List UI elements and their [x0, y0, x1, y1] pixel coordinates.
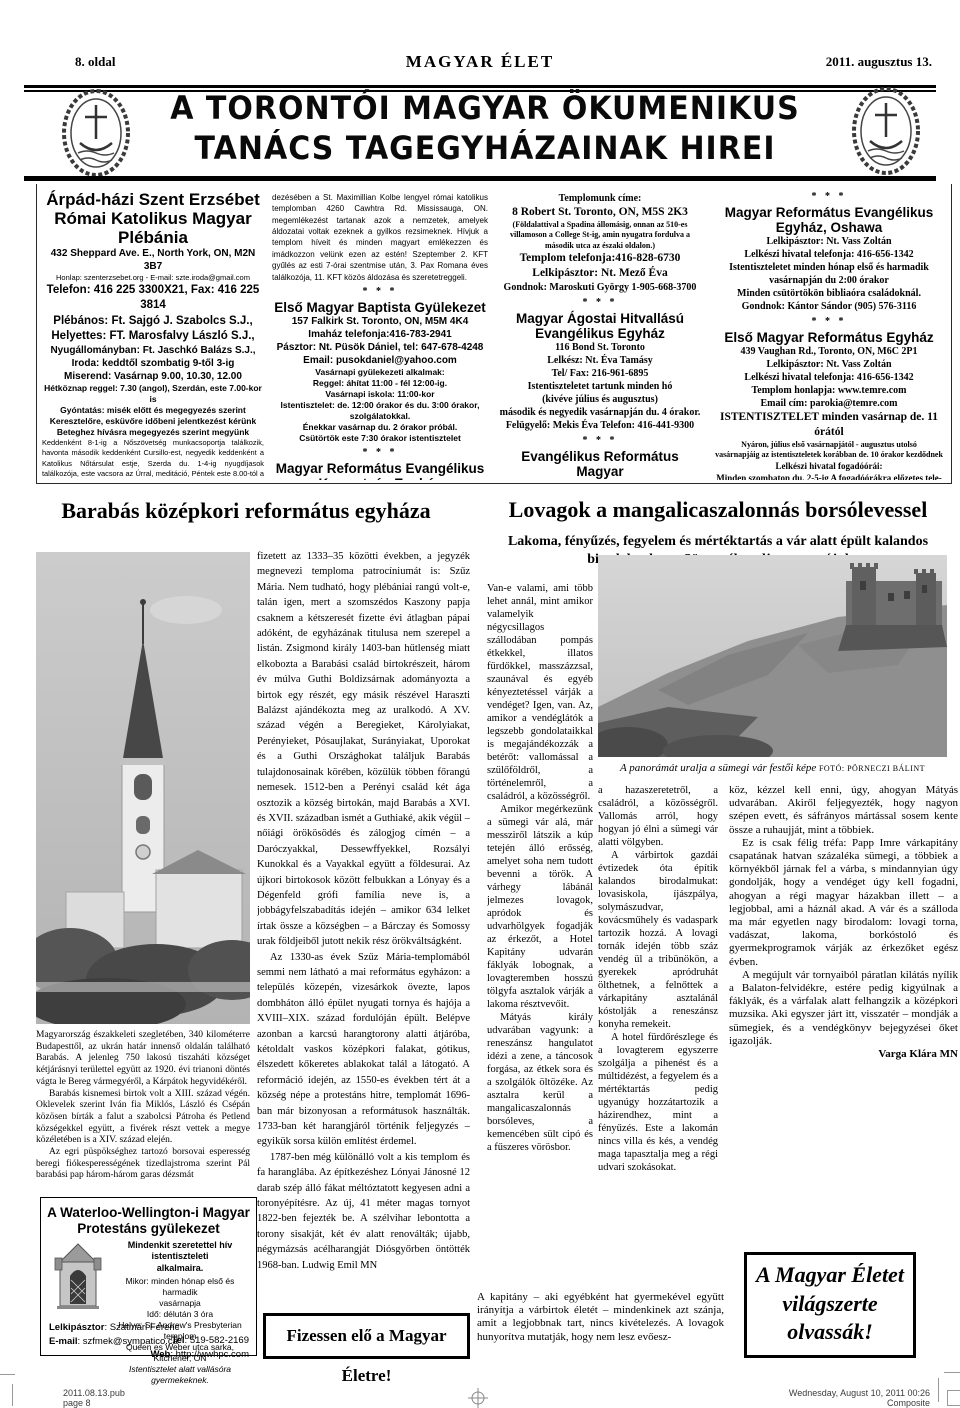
text-line: Evangélikus Református Magyar	[496, 449, 704, 479]
crop-mark	[0, 1374, 15, 1375]
article-right-bottom-text: A kapitány – aki egyébként hat gyermekév…	[477, 1291, 724, 1359]
text-line: Istentisztelet alatt vallásóra gyermekek…	[109, 1364, 251, 1386]
text-line: Vasárnapi gyülekezeti alkalmak:	[272, 367, 488, 378]
text-line: Első Magyar Református Egyház	[710, 330, 948, 345]
text-line: A kapitány – aki egyébként hat gyermekév…	[477, 1291, 724, 1344]
text-line: Helyettes: FT. Marosfalvy László S.J.,	[42, 329, 264, 344]
text-line: 439 Vaughan Rd., Toronto, ON, M6C 2P1	[710, 345, 948, 358]
crop-mark	[12, 1384, 13, 1406]
text-line: Gondnok: Maroskuti György 1-905-668-3700	[496, 281, 704, 294]
text-line: Plébános: Ft. Sajgó J. Szabolcs S.J.,	[42, 314, 264, 329]
text-line: Nyugállományban: Ft. Jaschkó Balázs S.J.…	[42, 344, 264, 357]
text-line: Imaház telefonja:416-783-2941	[272, 328, 488, 341]
church-col-catholic: Árpád-házi Szent ErzsébetRómai Katolikus…	[42, 190, 264, 480]
text-line: (Földalattival a Spadina állomásig, onna…	[496, 220, 704, 231]
text-line: (kivéve július és augusztus)	[496, 393, 704, 406]
text-line: * * *	[496, 294, 704, 311]
text-line: Keddenként 8-1-ig a Nőszövetség munkacso…	[42, 438, 264, 480]
waterloo-congregation-box: A Waterloo-Wellington-i Magyar Protestán…	[40, 1197, 257, 1356]
waterloo-heading-line2: Protestáns gyülekezet	[41, 1221, 256, 1237]
text-line: Lelkipásztor: Nt. Vass Zoltán	[710, 358, 948, 371]
text-line: Az 1330-as évek Szűz Mária-templomából s…	[257, 950, 470, 1150]
text-line: Első Magyar Baptista Gyülekezet	[272, 300, 488, 315]
text-line: dezésében a St. Maximillian Kolbe lengye…	[272, 192, 488, 283]
masthead: MAGYAR ÉLET	[0, 53, 960, 70]
text-line: Mikor: minden hónap első és harmadik	[109, 1276, 251, 1298]
church-col-lutheran: Templomunk címe:8 Robert St. Toronto, ON…	[496, 192, 704, 480]
worldwide-box: A Magyar Életet világszerte olvassák!	[744, 1252, 916, 1358]
crop-mark	[944, 1372, 960, 1373]
web-label: Web	[150, 1349, 170, 1360]
web-value: : http://wwhpc.com	[170, 1349, 249, 1360]
text-line: Keresztelőre, esküvőre időbeni jelentkez…	[42, 416, 264, 427]
crop-mark	[938, 1378, 939, 1402]
text-line: Lelkészi hivatal telefonja: 416-656-1342	[710, 248, 948, 261]
text-line: 116 Bond St. Toronto	[496, 341, 704, 354]
church-tower-photo	[36, 552, 250, 1024]
newspaper-page: { "header": { "page_label": "8. oldal", …	[0, 0, 960, 1408]
text-line: Lelkész: Nt. Éva Tamásy	[496, 354, 704, 367]
text-line: Csütörtök este 7:30 órakor istentisztele…	[272, 433, 488, 444]
worldwide-line1: A Magyar Életet	[747, 1261, 913, 1290]
text-line: Magyar Ágostai Hitvallású	[496, 311, 704, 326]
article-left-text-column: fizetett az 1333–35 közötti években, a j…	[257, 549, 470, 1305]
text-line: Felügyelő: Mekis Éva Telefon: 416-441-93…	[496, 419, 704, 432]
worldwide-line3: olvassák!	[747, 1318, 913, 1347]
text-line: Magyarország északkeleti szegletében, 34…	[36, 1030, 250, 1089]
article-right-col-c: köz, kézzel kell enni, úgy, ahogyan Máty…	[729, 784, 958, 1248]
issue-date: 2011. augusztus 13.	[826, 55, 932, 68]
text-line: Egyesült Egyház	[496, 479, 704, 480]
article-left-underphoto-text: Magyarország északkeleti szegletében, 34…	[36, 1030, 250, 1193]
text-line: Az egri püspökséghez tartozó borsovai es…	[36, 1147, 250, 1182]
text-line: Pásztor: Nt. Püsök Dániel, tel: 647-678-…	[272, 341, 488, 354]
text-line: 432 Sheppard Ave. E., North York, ON, M2…	[42, 247, 264, 273]
text-line: ISTENTISZTELET minden vasárnap de. 11 ór…	[710, 410, 948, 439]
text-line: Beteghez hívásra megegyezés szerint megy…	[42, 427, 264, 438]
text-line: Miserend: Vasárnap 9.00, 10.30, 12.00	[42, 370, 264, 383]
text-line: 157 Falkirk St. Toronto, ON, M5M 4K4	[272, 315, 488, 328]
banner-bottom-rule	[24, 176, 936, 181]
text-line: Lelkészi hivatal fogadóórái:	[710, 461, 948, 473]
text-line: A hotel fürdőrészlege és a lovagterem eg…	[598, 1031, 718, 1174]
text-line: Keresztyén Egyház	[272, 476, 488, 480]
text-line: Templom honlapja: www.temre.com	[710, 384, 948, 397]
text-line: 1787-ben még különálló volt a kis templo…	[257, 1150, 470, 1273]
chapel-icon	[49, 1240, 107, 1310]
church-col-baptist: dezésében a St. Maximillian Kolbe lengye…	[272, 192, 488, 480]
text-line: Gyóntatás: misék előtt és megegyezés sze…	[42, 405, 264, 416]
text-line: Minden csütörtökön bibliaóra családoknál…	[710, 287, 948, 300]
text-line: Magyar Református Evangélikus	[272, 461, 488, 476]
text-line: Varga Klára MN	[729, 1048, 958, 1061]
oikoumene-seal-icon	[60, 87, 132, 179]
text-line: Nyáron, július első vasárnapjától - augu…	[710, 440, 948, 451]
waterloo-heading-line1: A Waterloo-Wellington-i Magyar	[41, 1205, 256, 1221]
church-col-reformed: * * *Magyar Református EvangélikusEgyház…	[710, 188, 948, 480]
caption-credit: FOTÓ: PÖRNECZI BÁLINT	[819, 764, 925, 773]
text-line: Ez is csak félig tréfa: Papp Imre várkap…	[729, 837, 958, 969]
text-line: Tel/ Fax: 216-961-6895	[496, 367, 704, 380]
text-line: Lelkipásztor: Nt. Vass Zoltán	[710, 235, 948, 248]
footer-page-ref: page 8	[63, 1398, 91, 1408]
text-line: Istentiszteletet minden hónap első és ha…	[710, 261, 948, 274]
text-line: második és negyedik vasárnapján du. 4 ór…	[496, 406, 704, 419]
text-line: vasárnapján du 2:00 órakor	[710, 274, 948, 287]
ecumenical-banner: A TORONTÓI MAGYAR ÖKUMENIKUS TANÁCS TAGE…	[24, 93, 936, 175]
text-line: A megújult vár tornyaiból páratlan kilát…	[729, 969, 958, 1048]
text-line: Amikor megérkezünk a sümegi vár alá, már…	[487, 803, 593, 1011]
text-line: * * *	[710, 188, 948, 205]
text-line: * * *	[272, 444, 488, 461]
footer-mode: Composite	[887, 1398, 930, 1408]
oikoumene-seal-icon	[850, 85, 922, 177]
text-line: Minden szombaton du. 2-5-ig A fogadóórák…	[710, 473, 948, 480]
text-line: Magyar Református Evangélikus	[710, 205, 948, 220]
worldwide-line2: világszerte	[747, 1290, 913, 1319]
text-line: második utca az északi oldalon.)	[496, 241, 704, 252]
text-line: A várbirtok gazdái évtizedek óta építik …	[598, 849, 718, 1031]
text-line: Istentiszteletet tartunk minden hó	[496, 380, 704, 393]
text-line: Barabás kisnemesi birtok volt a XIII. sz…	[36, 1089, 250, 1148]
text-line: fizetett az 1333–35 közötti években, a j…	[257, 549, 470, 950]
text-line: Email cím: parokia@temre.com	[710, 397, 948, 410]
pastor-value: : Szatmári Ferenc	[104, 1322, 179, 1333]
banner-title-line2: TANÁCS TAGEGYHÁZAINAK HIREI	[134, 130, 836, 168]
pastor-label: Lelkipásztor	[49, 1322, 104, 1333]
banner-title-line1: A TORONTÓI MAGYAR ÖKUMENIKUS	[134, 90, 836, 128]
text-line: Gondnok: Kántor Sándor (905) 576-3116	[710, 300, 948, 313]
waterloo-contact-row2: E-mail: szfmek@sympatico.ca Web: http://…	[49, 1336, 249, 1362]
waterloo-invite-line1: Mindenkit szeretettel hív istentisztelet…	[109, 1240, 251, 1263]
crop-mark	[947, 1390, 960, 1406]
text-line: Van-e valami, ami több lehet annál, mint…	[487, 582, 593, 803]
text-line: * * *	[496, 432, 704, 449]
text-line: Lelkipásztor: Nt. Mező Éva	[496, 266, 704, 281]
text-line: Telefon: 416 225 3300X21, Fax: 416 225 3…	[42, 283, 264, 313]
text-line: Honlap: szenterzsebet.org - E-mail: szte…	[42, 273, 264, 283]
text-line: * * *	[272, 283, 488, 300]
email-value: : szfmek@sympatico.ca	[78, 1336, 178, 1347]
text-line: villamoson a College St-ig, amin nyugatr…	[496, 230, 704, 241]
text-line: * * *	[710, 313, 948, 330]
text-line: Római Katolikus Magyar Plébánia	[42, 209, 264, 247]
text-line: Árpád-házi Szent Erzsébet	[42, 190, 264, 209]
text-line: köz, kézzel kell enni, úgy, ahogyan Máty…	[729, 784, 958, 837]
text-line: a hazaszeretetről, a családról, a közöss…	[598, 784, 718, 849]
text-line: vasárnapja	[109, 1298, 251, 1309]
text-line: Templomunk címe:	[496, 192, 704, 205]
text-line: Egyház, Oshawa	[710, 220, 948, 235]
article-right-headline: Lovagok a mangalicaszalonnás borsólevess…	[477, 497, 959, 523]
registration-mark-icon	[468, 1388, 488, 1408]
waterloo-invite: Mindenkit szeretettel hív istentisztelet…	[109, 1240, 251, 1386]
article-right-col-a: Van-e valami, ami több lehet annál, mint…	[487, 582, 593, 1288]
waterloo-invite-line2: alkalmaira.	[109, 1263, 251, 1274]
text-line: vasárnapjáig az istentiszteletek korábba…	[710, 450, 948, 461]
article-left-headline: Barabás középkori református egyháza	[28, 498, 464, 524]
text-line: Reggel: áhítat 11:00 - fél 12:00-ig.	[272, 378, 488, 389]
text-line: 8 Robert St. Toronto, ON, M5S 2K3	[496, 205, 704, 220]
text-line: Vasárnapi iskola: 11:00-kor	[272, 389, 488, 400]
text-line: Templom telefonja:416-828-6730	[496, 251, 704, 266]
sumeg-castle-photo	[598, 555, 947, 757]
text-line: Mátyás király udvarában vagyunk: a renes…	[487, 1011, 593, 1154]
caption-text: A panorámát uralja a sümegi vár festői k…	[620, 762, 819, 774]
subscribe-box: Fizessen elő a Magyar Életre!	[263, 1313, 470, 1359]
text-line: Email: pusokdaniel@yahoo.com	[272, 354, 488, 367]
article-right-subtitle-line1: Lakoma, fényűzés, fegyelem és mértéktart…	[477, 533, 959, 551]
text-line: Idő: délután 3 óra	[109, 1309, 251, 1320]
photo-caption: A panorámát uralja a sümegi vár festői k…	[598, 762, 947, 775]
text-line: Hétköznap reggel: 7.30 (angol), Szerdán,…	[42, 383, 264, 405]
article-right-col-b: a hazaszeretetről, a családról, a közöss…	[598, 784, 718, 1288]
text-line: Istentisztelet: de. 12:00 órakor és du. …	[272, 400, 488, 422]
text-line: Énekkar vasárnap du. 2 órakor próbál.	[272, 422, 488, 433]
text-line: Iroda: keddtől szombatig 9-től 3-ig	[42, 357, 264, 370]
header-rule-thick	[24, 85, 936, 88]
email-label: E-mail	[49, 1336, 78, 1347]
text-line: Evangélikus Egyház	[496, 326, 704, 341]
text-line: Lelkészi hivatal telefonja: 416-656-1342	[710, 371, 948, 384]
